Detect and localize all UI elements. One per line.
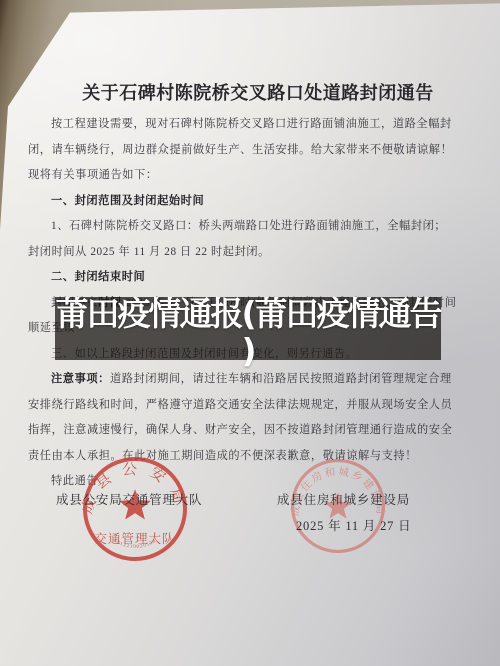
signature-left: 成县公安局交通管理大队 (56, 490, 202, 508)
caption-line-1: 莆田疫情通报(莆田疫情通告 (55, 295, 441, 332)
signature-right: 成县住房和城乡建设局 (277, 490, 410, 508)
document-line: 安排绕行路线和时间，严格遵守道路交通安全法律法规规定，并服从现场安全人员 (28, 393, 480, 419)
notice-title: 关于石碑村陈院桥交叉路口处道路封闭通告 (30, 79, 486, 105)
caption-overlay: 莆田疫情通报(莆田疫情通告 ) (55, 295, 441, 369)
document-line: 一、封闭范围及封闭起始时间 (28, 189, 480, 215)
document-line: 封闭时间从 2025 年 11 月 28 日 22 时起封闭。 (28, 240, 480, 266)
document-line: 1、石碑村陈院桥交叉路口：桥头两端路口处进行路面铺油施工，全幅封闭； (28, 214, 480, 240)
document-line: 按工程建设需要，现对石碑村陈院桥交叉路口进行路面铺油施工，道路全幅封 (28, 112, 480, 138)
document-line: 现将有关事项通告如下： (28, 163, 480, 189)
seal-bottom-text: 交通管理大队 (94, 531, 175, 546)
signature-date: 2025 年 11 月 27 日 (296, 516, 411, 534)
document-line: 二、封闭结束时间 (28, 265, 480, 291)
traffic-police-seal-icon: 成县公安局 交通管理大队 6212219020126 (80, 454, 190, 564)
caption-line-2: ) (55, 332, 441, 369)
document-line: 注意事项：道路封闭期间，请过往车辆和沿路居民按照道路封闭管理规定合理 (28, 367, 480, 393)
document-line: 指挥，注意减速慢行，确保人身、财产安全，因不按道路封闭管理通行造成的安全 (28, 418, 480, 444)
photo-of-notice: 关于石碑村陈院桥交叉路口处道路封闭通告 按工程建设需要，现对石碑村陈院桥交叉路口… (0, 0, 500, 666)
document-line: 闭，请车辆绕行，周边群众提前做好生产、生活安排。给大家带来不便敬请谅解！ (28, 138, 480, 164)
